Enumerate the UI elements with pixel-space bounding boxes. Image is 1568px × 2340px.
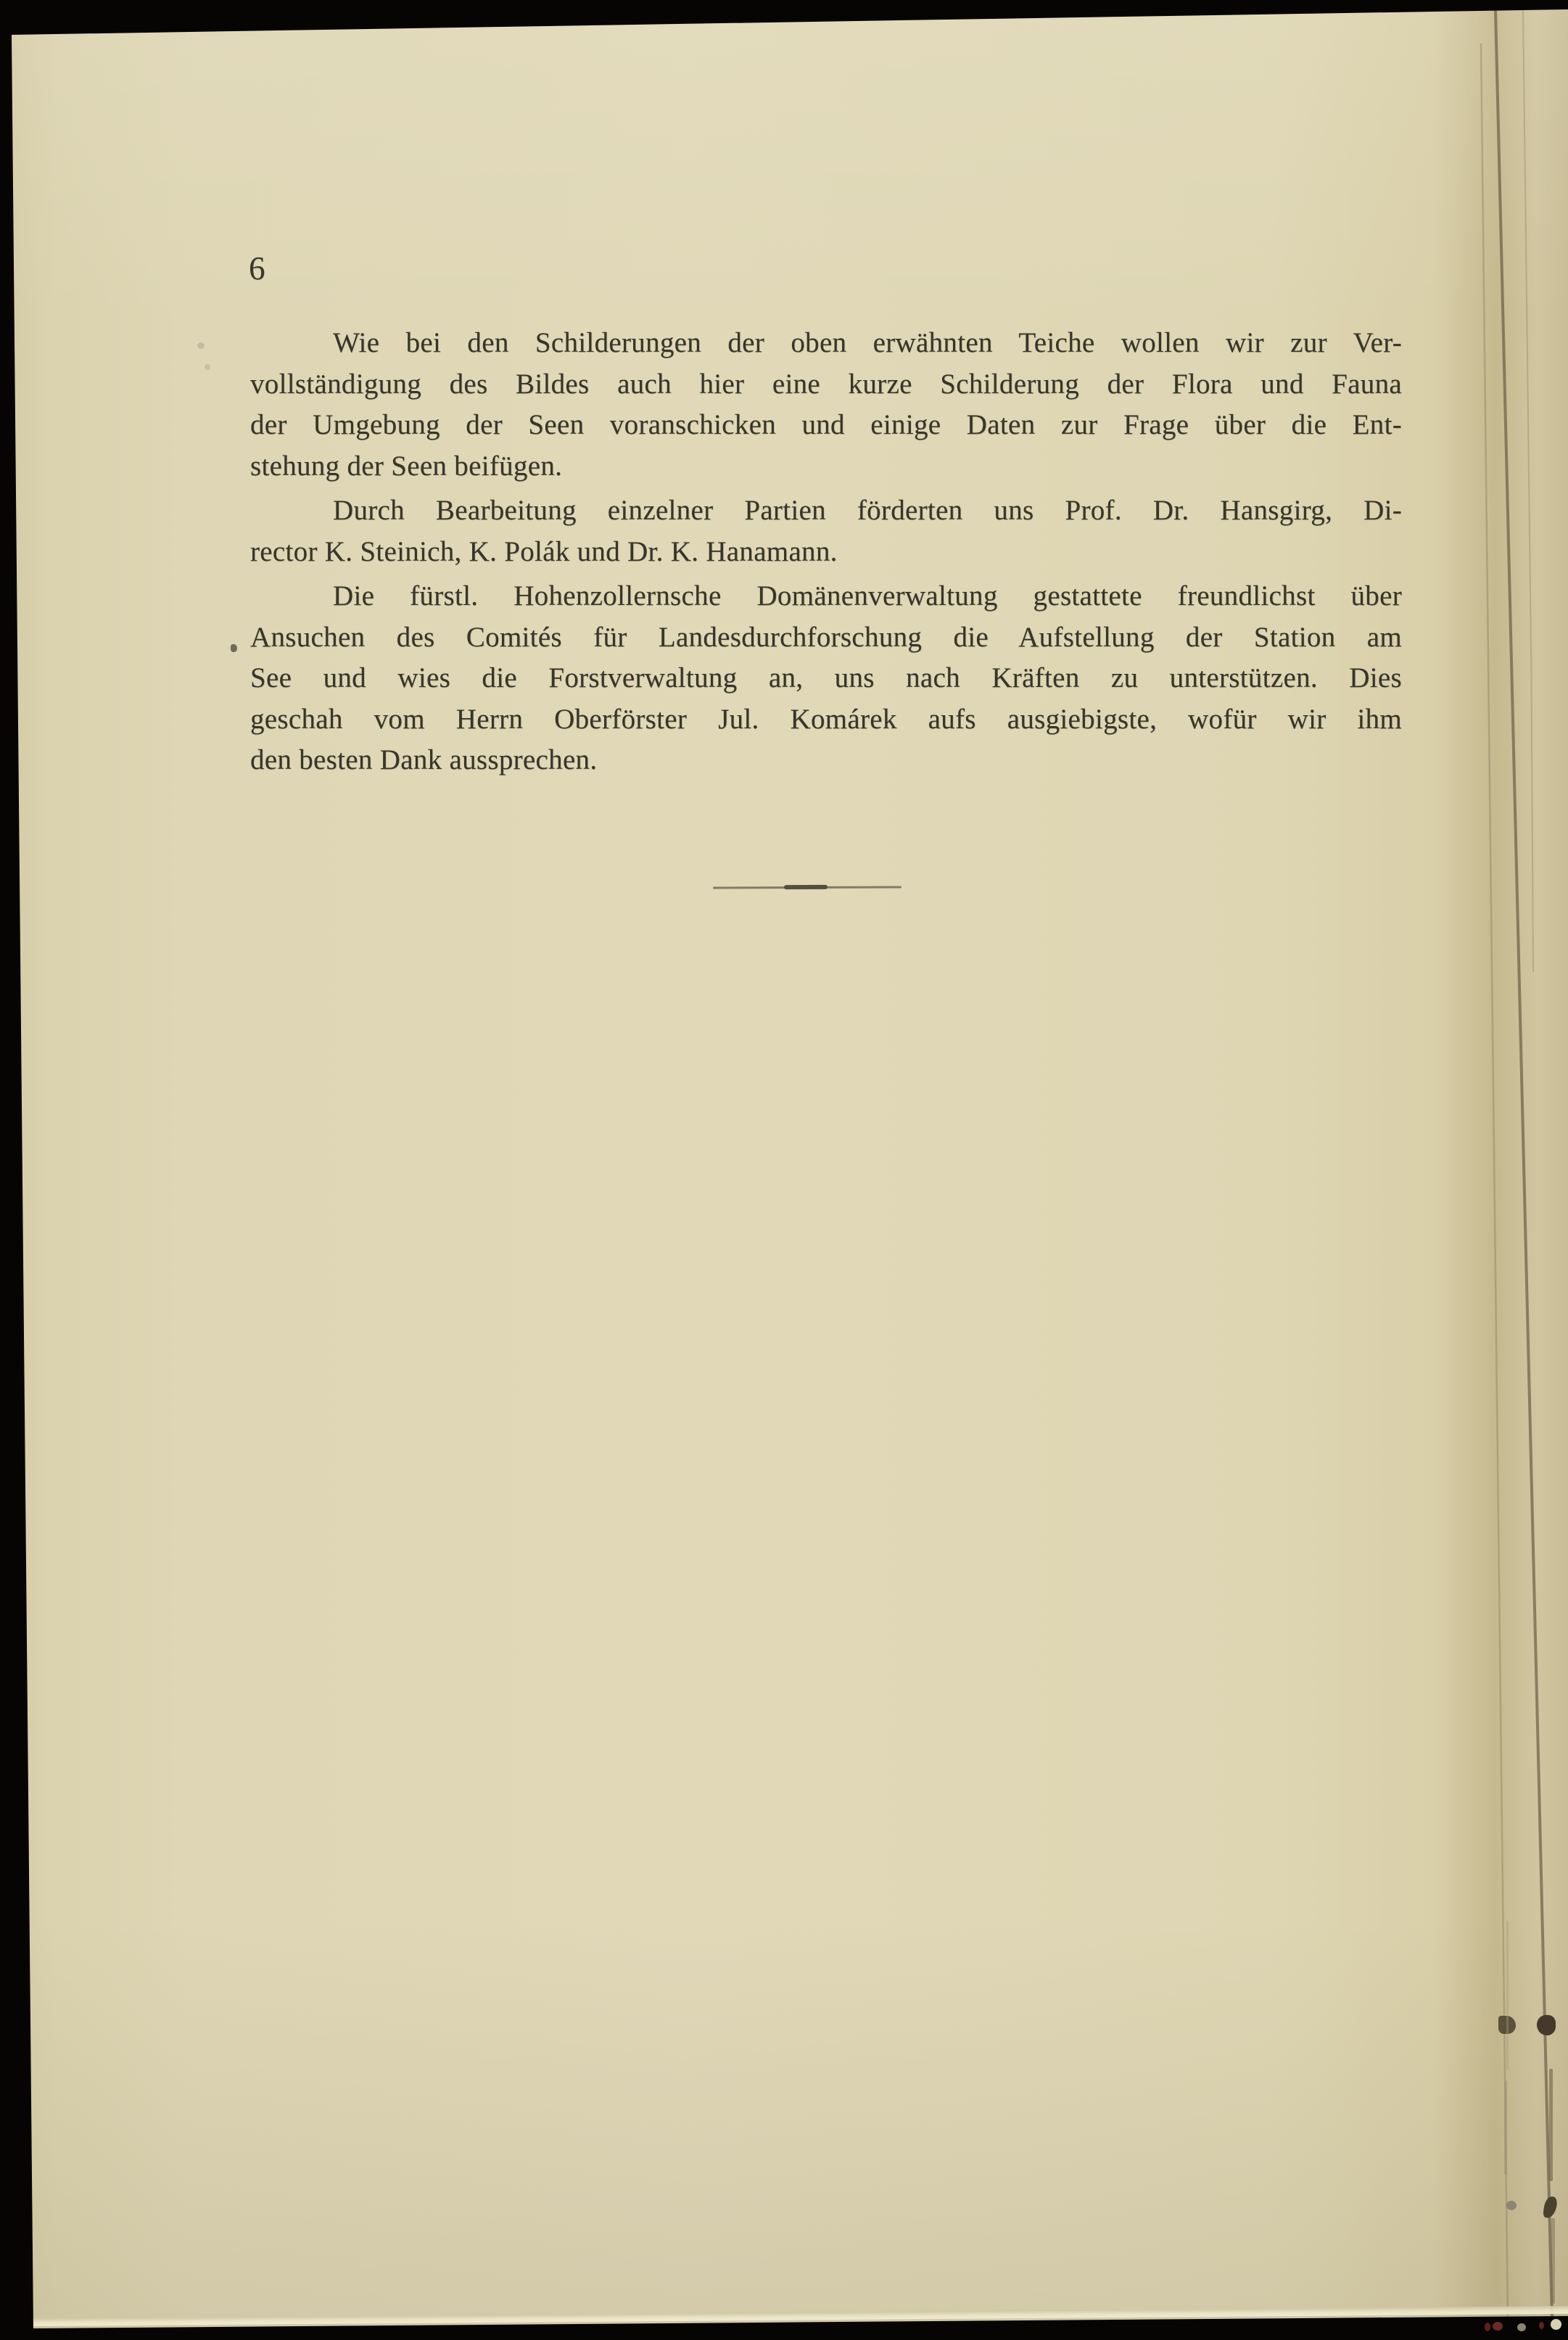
ink-speck	[1506, 2201, 1517, 2210]
spine-speck	[1493, 2322, 1503, 2331]
spine-speck	[1517, 2323, 1526, 2331]
spine-speck	[1539, 2322, 1544, 2329]
spine-speck	[1485, 2323, 1490, 2331]
ink-speck	[197, 342, 205, 349]
crease-scratch	[1551, 2218, 1555, 2304]
ink-speck	[205, 364, 210, 370]
gutter-crease	[0, 0, 1568, 2340]
crease-scratch	[1504, 2080, 1507, 2175]
crease-scratch	[1549, 2069, 1553, 2181]
crease-scratch	[1506, 1921, 1509, 2069]
spine-speck	[1551, 2319, 1561, 2330]
scan-page: 6 Wie bei den Schilderungen der oben erw…	[0, 0, 1568, 2340]
ink-speck	[1537, 2015, 1556, 2035]
book-scan-photo: 6 Wie bei den Schilderungen der oben erw…	[0, 0, 1568, 2340]
ink-speck	[231, 644, 237, 652]
